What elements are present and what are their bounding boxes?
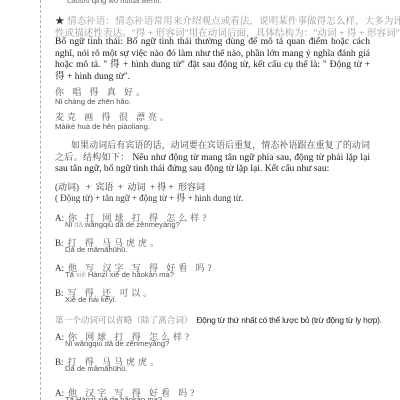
object-rule: 如果动词后有宾语的话，动词要在宾语后重复，情态补语跟在重复了的动词之后。结构如下…: [55, 140, 370, 175]
dialogue-pinyin: Nǐ wǎngqiú dǎ de zěnmeyàng?: [55, 339, 169, 348]
dialogue-pinyin: Xiě de hái kěyǐ.: [55, 295, 117, 304]
dialogue-pinyin: Nǐ dǎ wǎngqiú dǎ de zěnmeyàng?: [55, 220, 180, 229]
example-pinyin-1: Nǐ chàng de zhēn hǎo.: [55, 97, 131, 106]
dialogue-pinyin: Tā Hànzì xiě de hǎokàn ma?: [55, 395, 162, 400]
pinyin-fragment: Lǎoshī qǐng wǒ huídá wèntí.: [67, 0, 162, 5]
example-pinyin-2: Màikè huà de hěn piàoliang.: [55, 122, 150, 131]
structure-vn: ( Động từ) + tân ngữ + động từ + 得 + hìn…: [55, 191, 243, 204]
omission-rule-cn: 第一个动词可以省略（除了离合词）: [55, 315, 193, 325]
omission-rule: 第一个动词可以省略（除了离合词） Động từ thứ nhất có thể…: [55, 310, 382, 328]
page-margin-line: [40, 0, 41, 400]
section-intro-vn: Bổ ngữ tình thái: Bổ ngữ tình thái thườn…: [55, 36, 370, 82]
omission-rule-vn: Động từ thứ nhất có thể lược bỏ (trừ độn…: [197, 315, 382, 325]
dialogue-pinyin: Dǎ de mǎmǎhūhū.: [55, 245, 127, 254]
dialogue-pinyin: Dǎ de mǎmǎhūhū.: [55, 364, 127, 373]
dialogue-pinyin: Tā xiě Hànzì xiě de hǎokàn ma?: [55, 270, 174, 279]
